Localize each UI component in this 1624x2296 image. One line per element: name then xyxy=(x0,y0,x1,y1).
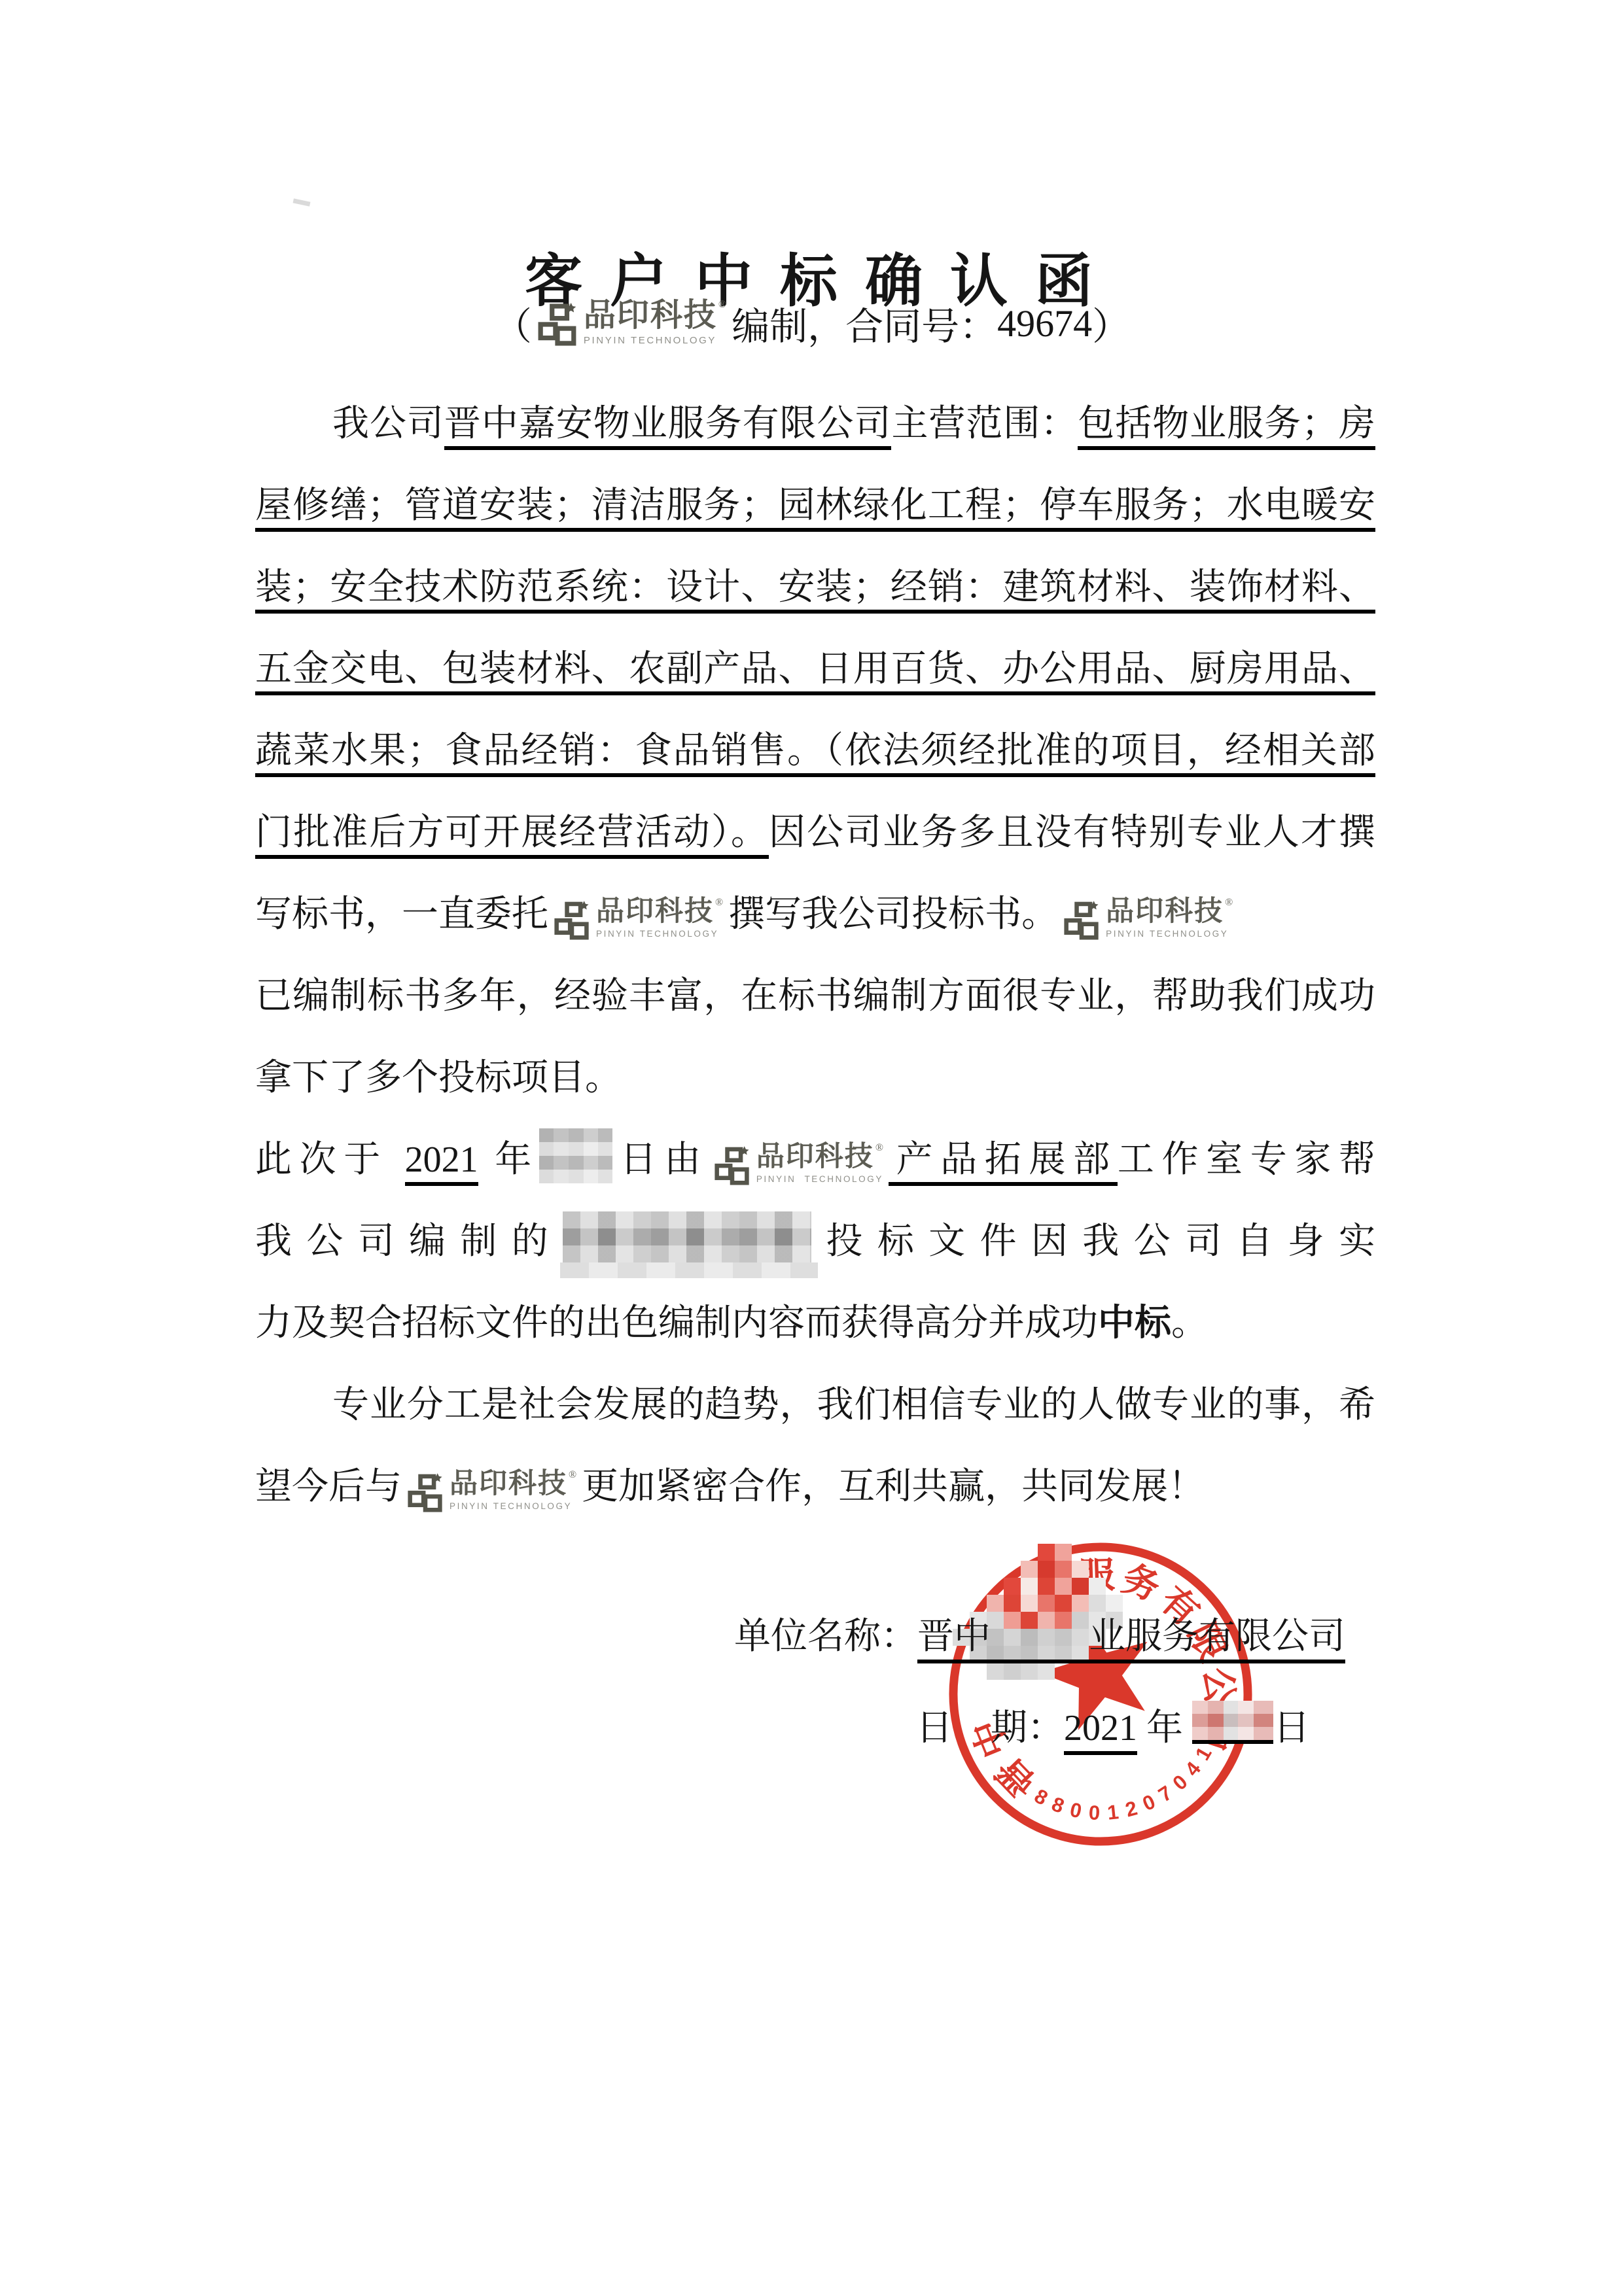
date-label-qi: 期： xyxy=(991,1708,1064,1748)
unit-name-prefix: 晋中 xyxy=(917,1616,991,1657)
text-segment: 写标书，一直委托 xyxy=(255,894,548,935)
text-segment: 我公司 xyxy=(332,404,444,444)
underlined-text: 2021 xyxy=(405,1139,478,1186)
body-line: 写标书，一直委托 品印科技 ® PINYIN TECHNOLOGY 撰写我公司投… xyxy=(255,874,1375,956)
text-segment: 拿下了多个投标项目。 xyxy=(255,1058,622,1098)
brand-name-english: PINYIN TECHNOLOGY xyxy=(450,1502,576,1511)
underlined-text: 屋修缮；管道安装；清洁服务；园林绿化工程；停车服务；水电暖安 xyxy=(255,485,1375,532)
registered-mark: ® xyxy=(875,1143,883,1153)
pinyin-tech-logo-text: 品印科技 ® PINYIN TECHNOLOGY xyxy=(584,300,726,345)
scan-artifact xyxy=(293,198,311,206)
date-year: 2021 xyxy=(1064,1708,1137,1755)
registered-mark: ® xyxy=(718,300,726,310)
body-line: 装；安全技术防范系统：设计、安装；经销：建筑材料、装饰材料、 xyxy=(255,547,1375,629)
body-line: 专业分工是社会发展的趋势，我们相信专业的人做专业的事，希 xyxy=(255,1365,1375,1446)
registered-mark: ® xyxy=(569,1470,576,1480)
pinyin-tech-logo-text: 品印科技 ® PINYIN TECHNOLOGY xyxy=(450,1470,576,1511)
compile-label: 编制，合同号： xyxy=(732,296,997,351)
text-segment: 工作室专家帮 xyxy=(1118,1139,1375,1180)
unit-name-value: 晋中业服务有限公司 xyxy=(917,1616,1345,1663)
text-segment: 力及契合招标文件的出色编制内容而获得高分并成功 xyxy=(255,1303,1098,1344)
paren-open: （ xyxy=(494,296,532,351)
pinyin-tech-logo: 品印科技 ® PINYIN TECHNOLOGY xyxy=(1063,897,1233,943)
date-label-ri: 日 xyxy=(916,1708,953,1748)
text-segment: 日由 xyxy=(612,1139,709,1180)
text-segment: 。 xyxy=(1171,1303,1208,1344)
pinyin-tech-logo: 品印科技 ® PINYIN TECHNOLOGY xyxy=(714,1143,883,1189)
pinyin-tech-logo-icon xyxy=(407,1472,444,1516)
text-segment: 此次于 xyxy=(255,1139,405,1180)
pinyin-tech-logo: 品印科技 ® PINYIN TECHNOLOGY xyxy=(537,300,726,349)
body-line: 力及契合招标文件的出色编制内容而获得高分并成功中标。 xyxy=(255,1283,1375,1365)
body-line: 我公司编制的投标文件因我公司自身实 xyxy=(255,1201,1375,1283)
pinyin-tech-logo-icon xyxy=(554,900,590,943)
underlined-text: 晋中嘉安物业服务有限公司 xyxy=(444,404,892,450)
registered-mark: ® xyxy=(715,897,723,908)
body-line: 屋修缮；管道安装；清洁服务；园林绿化工程；停车服务；水电暖安 xyxy=(255,465,1375,547)
text-segment: 因公司业务多且没有特别专业人才撰 xyxy=(769,812,1375,853)
svg-text:0: 0 xyxy=(1139,1790,1159,1815)
unit-name-line: 单位名称：晋中业服务有限公司 xyxy=(734,1610,1345,1663)
body-line: 望今后与 品印科技 ® PINYIN TECHNOLOGY 更加紧密合作，互利共… xyxy=(255,1446,1375,1528)
paren-close: ） xyxy=(1092,296,1130,351)
pinyin-tech-logo-icon xyxy=(1063,900,1100,943)
body-line: 我公司晋中嘉安物业服务有限公司主营范围：包括物业服务；房 xyxy=(255,383,1375,465)
brand-name: 品印科技 xyxy=(756,1143,874,1171)
brand-name: 品印科技 xyxy=(596,897,714,926)
body-text: 我公司晋中嘉安物业服务有限公司主营范围：包括物业服务；房屋修缮；管道安装；清洁服… xyxy=(255,383,1375,1528)
svg-text:4: 4 xyxy=(1180,1757,1206,1781)
subtitle-line: （ 品印科技 ® PINYIN TECHNOLOGY 编制，合同号： 49674… xyxy=(0,296,1624,351)
underlined-text: 门批准后方可开展经营活动）。 xyxy=(255,812,769,859)
underlined-text: 五金交电、包装材料、农副产品、日用百货、办公用品、厨房用品、 xyxy=(255,649,1375,695)
registered-mark: ® xyxy=(1225,897,1233,908)
pinyin-tech-logo-text: 品印科技 ® PINYIN TECHNOLOGY xyxy=(756,1143,883,1184)
brand-name-english: PINYIN TECHNOLOGY xyxy=(584,336,726,345)
brand-name: 品印科技 xyxy=(450,1470,567,1498)
body-line: 拿下了多个投标项目。 xyxy=(255,1037,1375,1119)
underlined-text: 蔬菜水果；食品经销：食品销售。（依法须经批准的项目，经相关部 xyxy=(255,731,1375,777)
underlined-text: 产品拓展部 xyxy=(889,1139,1118,1186)
pinyin-tech-logo: 品印科技 ® PINYIN TECHNOLOGY xyxy=(407,1470,576,1516)
underlined-text: 装；安全技术防范系统：设计、安装；经销：建筑材料、装饰材料、 xyxy=(255,567,1375,614)
text-segment: 年 xyxy=(478,1139,539,1180)
text-segment: 望今后与 xyxy=(255,1467,402,1507)
svg-text:公: 公 xyxy=(1197,1666,1240,1705)
brand-name-english: PINYIN TECHNOLOGY xyxy=(756,1175,883,1184)
body-line: 五金交电、包装材料、农副产品、日用百货、办公用品、厨房用品、 xyxy=(255,629,1375,710)
unit-name-suffix: 业服务有限公司 xyxy=(1089,1616,1345,1657)
text-segment: 已编制标书多年，经验丰富，在标书编制方面很专业，帮助我们成功 xyxy=(255,976,1375,1017)
body-line: 门批准后方可开展经营活动）。因公司业务多且没有特别专业人才撰 xyxy=(255,792,1375,874)
brand-name: 品印科技 xyxy=(1106,897,1224,926)
text-segment: 我公司编制的 xyxy=(255,1221,563,1262)
svg-text:0: 0 xyxy=(1088,1801,1101,1824)
text-segment: 更加紧密合作，互利共赢，共同发展！ xyxy=(582,1467,1205,1507)
redacted-day xyxy=(539,1128,612,1183)
redacted-project xyxy=(563,1211,811,1262)
date-day-unit: 日 xyxy=(1273,1708,1310,1748)
document-page: 客 户 中 标 确 认 函 （ 品印科技 ® PINYIN TECHNOLOGY… xyxy=(0,0,1624,2296)
svg-text:2: 2 xyxy=(1123,1796,1140,1821)
contract-number: 49674 xyxy=(997,302,1092,345)
pinyin-tech-logo-text: 品印科技 ® PINYIN TECHNOLOGY xyxy=(596,897,723,939)
brand-name-english: PINYIN TECHNOLOGY xyxy=(1106,930,1233,939)
pinyin-tech-logo-text: 品印科技 ® PINYIN TECHNOLOGY xyxy=(1106,897,1233,939)
brand-name-english: PINYIN TECHNOLOGY xyxy=(596,930,723,939)
body-line: 此次于 2021 年日由 品印科技 ® PINYIN TECHNOLOGY 产品… xyxy=(255,1119,1375,1201)
pinyin-tech-logo-icon xyxy=(714,1145,750,1189)
svg-text:8: 8 xyxy=(1049,1792,1068,1818)
date-line: 日期：2021 年 日 xyxy=(916,1701,1310,1754)
text-segment: 专业分工是社会发展的趋势，我们相信专业的人做专业的事，希 xyxy=(332,1385,1375,1425)
svg-text:1: 1 xyxy=(1106,1800,1120,1824)
underlined-text: 包括物业服务；房 xyxy=(1078,404,1375,450)
text-segment: 撰写我公司投标书。 xyxy=(728,894,1058,935)
date-year-unit: 年 xyxy=(1146,1708,1183,1748)
text-segment: 投标文件因我公司自身实 xyxy=(811,1221,1375,1262)
svg-text:7: 7 xyxy=(1154,1781,1176,1807)
body-line: 已编制标书多年，经验丰富，在标书编制方面很专业，帮助我们成功 xyxy=(255,956,1375,1037)
brand-name: 品印科技 xyxy=(584,300,717,332)
svg-text:0: 0 xyxy=(1068,1798,1084,1823)
svg-text:8: 8 xyxy=(1031,1784,1051,1810)
unit-name-label: 单位名称： xyxy=(734,1616,917,1657)
body-line: 蔬菜水果；食品经销：食品销售。（依法须经批准的项目，经相关部 xyxy=(255,710,1375,792)
redacted-date-day xyxy=(1192,1701,1273,1744)
text-segment: 主营范围： xyxy=(891,404,1078,444)
text-segment: 中标 xyxy=(1098,1303,1171,1344)
pinyin-tech-logo: 品印科技 ® PINYIN TECHNOLOGY xyxy=(554,897,723,943)
svg-text:0: 0 xyxy=(1168,1770,1192,1795)
pinyin-tech-logo-icon xyxy=(537,302,578,349)
